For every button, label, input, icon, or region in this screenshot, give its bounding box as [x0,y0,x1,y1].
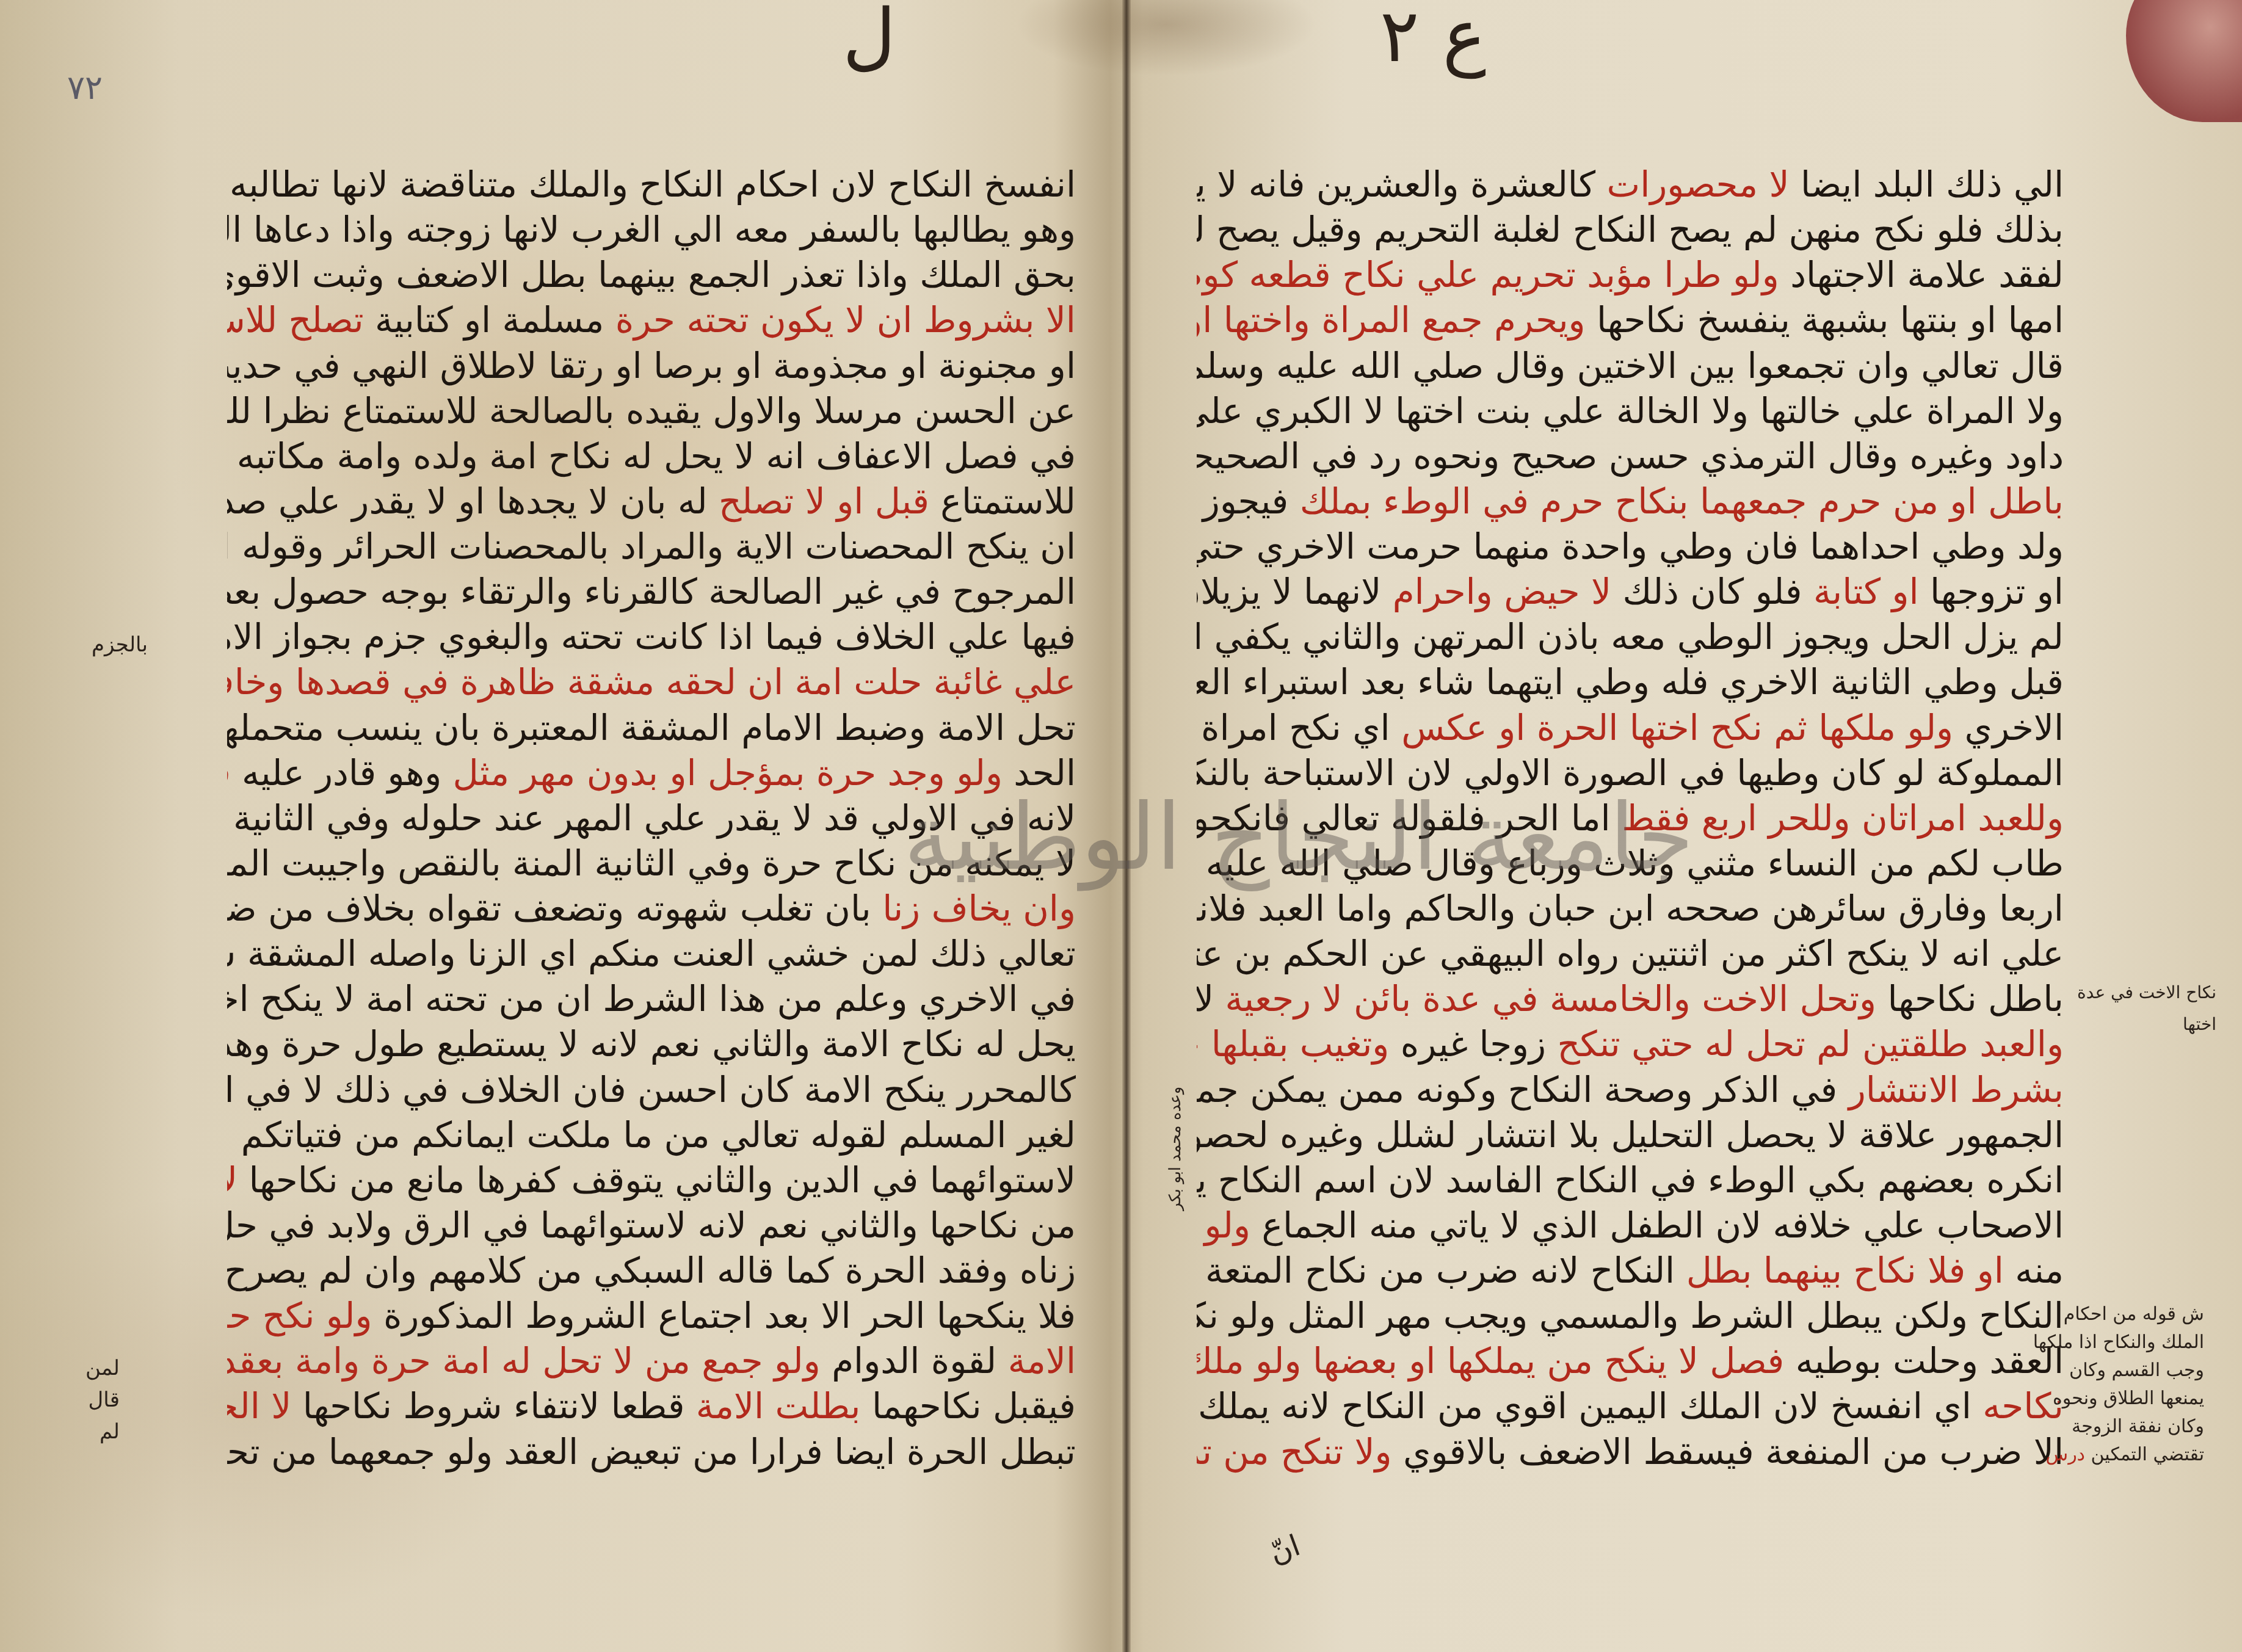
body-text: فيقبل نكاحهما [860,1385,1076,1427]
left-text-line: تحل الامة وضبط الامام المشقة المعتبرة با… [227,705,1076,750]
left-text-line: زناه وفقد الحرة كما قاله السبكي من كلامه… [227,1248,1076,1293]
right-text-line: لم يزل الحل ويجوز الوطي معه باذن المرتهن… [1197,614,2064,659]
rubric-text: ولو جمع من لا تحل له امة حرة وامة بعقد [227,1340,821,1382]
body-text: قال تعالي وان تجمعوا بين الاختين وقال صل… [1197,345,2064,386]
left-text-line: لاستوائهما في الدين والثاني يتوقف كفرها … [227,1157,1076,1203]
left-text-line: او مجنونة او مجذومة او برصا او رتقا لاطل… [227,343,1076,388]
body-text: الا ضرب من المنفعة فيسقط الاضعف بالاقوي [1392,1431,2064,1473]
body-text: عن الحسن مرسلا والاول يقيده بالصالحة للا… [227,390,1076,432]
right-text-line: قال تعالي وان تجمعوا بين الاختين وقال صل… [1197,343,2064,388]
body-text: او تزوجها [1919,571,2064,612]
body-text: كالمحرر ينكح الامة كان احسن فان الخلاف ف… [227,1069,1076,1110]
body-text: باطل نكاحها [1876,978,2064,1020]
right-text-line: الجمهور علاقة لا يحصل التحليل بلا انتشار… [1197,1112,2064,1157]
rubric-text: باطل او من حرم جمعهما بنكاح حرم في الوطء… [1300,480,2064,522]
rubric-text: بشرط الانتشار [1849,1069,2064,1110]
body-text: الجمهور علاقة لا يحصل التحليل بلا انتشار… [1197,1114,2064,1156]
body-text: في الاخري وعلم من هذا الشرط ان من تحته ا… [227,978,1076,1020]
margin-note-commentary: ش قوله من احكام الملك والنكاح اذا ملكها … [2021,1300,2204,1469]
body-text: المرجوح في غير الصالحة كالقرناء والرتقاء… [227,571,1076,612]
left-text-line: انفسخ النكاح لان احكام النكاح والملك متن… [227,162,1076,207]
folio-number: ٧٢ [67,68,103,107]
left-text-line: فيقبل نكاحهما بطلت الامة قطعا لانتفاء شر… [227,1383,1076,1429]
body-text: داود وغيره وقال الترمذي حسن صحيح ونحوه ر… [1197,435,2064,477]
body-text: من نكاحها والثاني نعم لانه لاستوائهما في… [227,1205,1076,1246]
body-text: تبطل الحرة ايضا فرارا من تبعيض العقد ولو… [227,1431,1076,1473]
body-text: انفسخ النكاح لان احكام النكاح والملك متن… [227,164,1076,205]
right-text-line: والعبد طلقتين لم تحل له حتي تنكح زوجا غي… [1197,1021,2064,1067]
right-text-line: الي ذلك البلد ايضا لا محصورات كالعشرة وا… [1197,162,2064,207]
body-text: لغير المسلم لقوله تعالي من ما ملكت ايمان… [227,1114,1076,1156]
body-text: لانهما لا يزيلان الملك ولا الاستحقاق [1197,571,1393,612]
body-text: وهو يطالبها بالسفر معه الي الغرب لانها ز… [227,209,1076,250]
left-text-line: للاستمتاع قبل او لا تصلح له بان لا يجدها… [227,479,1076,524]
body-text: فلا ينكحها الحر الا بعد اجتماع الشروط ال… [372,1295,1076,1336]
body-text: لم يزل الحل ويجوز الوطي معه باذن المرتهن… [1197,616,2064,658]
body-text: النكاح ولكن يبطل الشرط والمسمي ويجب مهر … [1197,1295,2064,1336]
left-margin-note: بالجزم [92,629,148,661]
body-text: مسلمة او كتابية [364,299,615,341]
body-text: الاخري [1953,707,2064,748]
body-text: يحل له نكاح الامة والثاني نعم لانه لا يس… [227,1023,1076,1065]
left-text-line: بحق الملك واذا تعذر الجمع بينهما بطل الا… [227,252,1076,297]
rubric-text: او كتابة [1813,571,1919,612]
rubric-text: ولو طرا مؤبد تحريم علي نكاح قطعه كوطء زو… [1197,254,1779,295]
right-text-line: الاخري ولو ملكها ثم نكح اختها الحرة او ع… [1197,705,2064,750]
body-text: لفقد علامة الاجتهاد [1779,254,2064,295]
catchword: انّ [1265,1528,1305,1570]
rubric-text: ويحرم جمع المراة واختها او عمتها او خالت… [1197,299,1586,341]
body-text: لاستوائهما في الدين والثاني يتوقف كفرها … [238,1159,1076,1201]
right-text-line: امها او بنتها بشبهة ينفسخ نكاحها ويحرم ج… [1197,297,2064,342]
left-text-line: الا بشروط ان لا يكون تحته حرة مسلمة او ك… [227,297,1076,342]
left-text-line: ان ينكح المحصنات الاية والمراد بالمحصنات… [227,524,1076,569]
right-text-line: بشرط الانتشار في الذكر وصحة النكاح وكونه… [1197,1067,2064,1112]
left-text-line: من نكاحها والثاني نعم لانه لاستوائهما في… [227,1203,1076,1248]
left-text-line: تبطل الحرة ايضا فرارا من تبعيض العقد ولو… [227,1429,1076,1474]
left-text-line: عن الحسن مرسلا والاول يقيده بالصالحة للا… [227,388,1076,433]
left-margin-note: لمن قال لم [85,1352,120,1447]
right-text-line: لفقد علامة الاجتهاد ولو طرا مؤبد تحريم ع… [1197,252,2064,297]
rubric-text: والعبد طلقتين لم تحل له حتي تنكح [1557,1023,2064,1065]
body-text: اربعا وفارق سائرهن صححه ابن حبان والحاكم… [1197,888,2064,929]
rubric-text: ولو نكح حر امة بشرطه ثم ايسر او نكح حرة … [227,1295,372,1336]
body-text: فيجوز شراء الاختين مثلا ونحوهما ووطيهما [1197,480,1300,522]
body-text: قطعا لانتفاء شروط نكاحها [291,1385,696,1427]
body-text: ولا المراة علي خالتها ولا الخالة علي بنت… [1197,390,2064,432]
body-text: الاصحاب علي خلافه لان الطفل الذي لا ياتي… [1250,1205,2064,1246]
body-text: بذلك فلو نكح منهن لم يصح النكاح لغلبة ال… [1197,209,2064,250]
body-text: انكره بعضهم بكي الوطء في النكاح الفاسد ل… [1197,1159,2064,1201]
body-text: تعالي ذلك لمن خشي العنت منكم اي الزنا وا… [227,933,1076,974]
right-text-line: علي انه لا ينكح اكثر من اثنتين رواه البي… [1197,931,2064,976]
left-text-line: علي غائبة حلت امة ان لحقه مشقة ظاهرة في … [227,659,1076,705]
rubric-text: وان يخاف زنا [882,888,1076,929]
body-text: للاستمتاع [929,480,1076,522]
right-text-line: العقد وحلت بوطيه فصل لا ينكح من يملكها ا… [1197,1338,2064,1383]
body-text: فلو كان ذلك [1611,571,1813,612]
body-text: الي ذلك البلد ايضا [1790,164,2064,205]
top-mark-left: ل [843,0,896,79]
body-text: زوجا غيره [1389,1023,1557,1065]
rubric-text: وتغيب بقبلها حشفته او قدرها [1197,1023,1389,1065]
rubric-text: او فلا نكاح بينهما بطل [1686,1250,2004,1291]
body-text: بان تغلب شهوته وتضعف تقواه بخلاف من ضعفت… [227,888,882,929]
right-text-line: باطل او من حرم جمعهما بنكاح حرم في الوطء… [1197,479,2064,524]
rubric-text: لا الحرة في الاظهر [227,1385,291,1427]
body-text: قبل وطي الثانية الاخري فله وطي ايتهما شا… [1197,661,2064,703]
body-text: او مجنونة او مجذومة او برصا او رتقا لاطل… [227,345,1076,386]
body-text: منه [2004,1250,2064,1291]
rubric-text: لا لعبد مسلم في المشهور [227,1159,238,1201]
body-text: اي انفسخ لان الملك اليمين اقوي من النكاح… [1197,1385,1983,1427]
left-text-line: لغير المسلم لقوله تعالي من ما ملكت ايمان… [227,1112,1076,1157]
left-text-line: فيها علي الخلاف فيما اذا كانت تحته والبغ… [227,614,1076,659]
left-text-line: وهو يطالبها بالسفر معه الي الغرب لانها ز… [227,207,1076,252]
right-text-line: قبل وطي الثانية الاخري فله وطي ايتهما شا… [1197,659,2064,705]
manuscript-spread: ٧٢ ل انفسخ النكاح لان احكام النكاح والمل… [0,0,2242,1652]
body-text: في الذكر وصحة النكاح وكونه ممن يمكن جماع… [1197,1069,1849,1110]
right-text-line: بذلك فلو نكح منهن لم يصح النكاح لغلبة ال… [1197,207,2064,252]
right-text-line: ولا المراة علي خالتها ولا الخالة علي بنت… [1197,388,2064,433]
body-text: اي نكح امراة ثم ملك اختها [1197,707,1401,748]
body-text: لانها في حكم الزوجة [1197,978,1225,1020]
left-text-line: في فصل الاعفاف انه لا يحل له نكاح امة ول… [227,433,1076,479]
rubric-text: تصلح للاستمتاع قبل ولا غير صالحة [227,299,364,341]
right-text-line: ولد وطي احداهما فان وطي واحدة منهما حرمت… [1197,524,2064,569]
body-text: النكاح لانه ضرب من نكاح المتعة [1197,1250,1686,1291]
top-mark-right: ع ٢ [1380,0,1486,79]
rubric-text: لا محصورات [1607,164,1790,205]
body-text: ولد وطي احداهما فان وطي واحدة منهما حرمت… [1197,526,2064,567]
margin-note-sister-iddah: نكاح الاخت في عدة اختها [2045,977,2216,1040]
right-text-line: منه او فلا نكاح بينهما بطل النكاح لانه ض… [1197,1248,2064,1293]
body-text [1699,1340,1710,1382]
rubric-text: الامة [1008,1340,1076,1382]
left-text-line: وان يخاف زنا بان تغلب شهوته وتضعف تقواه … [227,886,1076,931]
body-text: في فصل الاعفاف انه لا يحل له نكاح امة ول… [227,435,1076,477]
margin-note-signature: درس [2046,1444,2085,1465]
right-text-line: باطل نكاحها وتحل الاخت والخامسة في عدة ب… [1197,976,2064,1021]
left-text-line: المرجوح في غير الصالحة كالقرناء والرتقاء… [227,569,1076,614]
body-text: له بان لا يجدها او لا يقدر علي صداقها قا… [227,480,719,522]
right-text-line: النكاح ولكن يبطل الشرط والمسمي ويجب مهر … [1197,1293,2064,1338]
right-text-line: داود وغيره وقال الترمذي حسن صحيح ونحوه ر… [1197,433,2064,479]
rubric-text: قبل او لا تصلح [719,480,929,522]
gutter-vertical-note: وعده محمد ابو بكر [1166,1087,1184,1343]
right-text-line: الا ضرب من المنفعة فيسقط الاضعف بالاقوي … [1197,1429,2064,1474]
body-text: زناه وفقد الحرة كما قاله السبكي من كلامه… [227,1250,1076,1291]
body-text: امها او بنتها بشبهة ينفسخ نكاحها [1586,299,2064,341]
left-text-line: يحل له نكاح الامة والثاني نعم لانه لا يس… [227,1021,1076,1067]
left-text-line: تعالي ذلك لمن خشي العنت منكم اي الزنا وا… [227,931,1076,976]
rubric-text: الا بشروط ان لا يكون تحته حرة [615,299,1076,341]
right-text-line: نكاحه اي انفسخ لان الملك اليمين اقوي من … [1197,1383,2064,1429]
right-text-line: اربعا وفارق سائرهن صححه ابن حبان والحاكم… [1197,886,2064,931]
left-text-line: الامة لقوة الدوام ولو جمع من لا تحل له ا… [227,1338,1076,1383]
left-text-line: كالمحرر ينكح الامة كان احسن فان الخلاف ف… [227,1067,1076,1112]
body-text: فيها علي الخلاف فيما اذا كانت تحته والبغ… [227,616,1076,658]
rubric-text: لا حيض واحرام [1393,571,1611,612]
body-text: تحل الامة وضبط الامام المشقة المعتبرة با… [227,707,1076,748]
rubric-text: بطلت الامة [696,1385,861,1427]
right-text-line: او تزوجها او كتابة فلو كان ذلك لا حيض وا… [1197,569,2064,614]
rubric-text: لا ينكح من يملكها او بعضها ولو ملك زوجته… [1197,1340,1699,1382]
body-text: كالعشرة والعشرين فانه لا ينكح منهن اذ لا… [1197,164,1607,205]
rubric-text: وتحل الاخت والخامسة في عدة بائن لا رجعية [1225,978,1877,1020]
right-text-line: انكره بعضهم بكي الوطء في النكاح الفاسد ل… [1197,1157,2064,1203]
body-text: بحق الملك واذا تعذر الجمع بينهما بطل الا… [227,254,1076,295]
margin-note-commentary-text: ش قوله من احكام الملك والنكاح اذا ملكها … [2033,1303,2204,1465]
rubric-text: فصل [1710,1340,1784,1382]
body-text: ان ينكح المحصنات الاية والمراد بالمحصنات… [227,526,1076,567]
rubric-text: ولو ملكها ثم نكح اختها الحرة او عكس [1401,707,1953,748]
left-text-line: في الاخري وعلم من هذا الشرط ان من تحته ا… [227,976,1076,1021]
body-text: وهو قادر عليه [231,752,453,794]
rubric-text: ولو نكح بشرط انه اذا وطي طلق او بانت [1197,1205,1250,1246]
body-text: علي انه لا ينكح اكثر من اثنتين رواه البي… [1197,933,2064,974]
left-text-line: فلا ينكحها الحر الا بعد اجتماع الشروط ال… [227,1293,1076,1338]
rubric-text: علي غائبة حلت امة ان لحقه مشقة ظاهرة في … [227,661,1076,703]
rubric-text: ولا تنكح من تملكه او بعضه [1197,1431,1392,1473]
watermark: جامعة النجاح الوطنية [904,784,1694,891]
body-text: لقوة الدوام [821,1340,1008,1382]
right-text-line: الاصحاب علي خلافه لان الطفل الذي لا ياتي… [1197,1203,2064,1248]
